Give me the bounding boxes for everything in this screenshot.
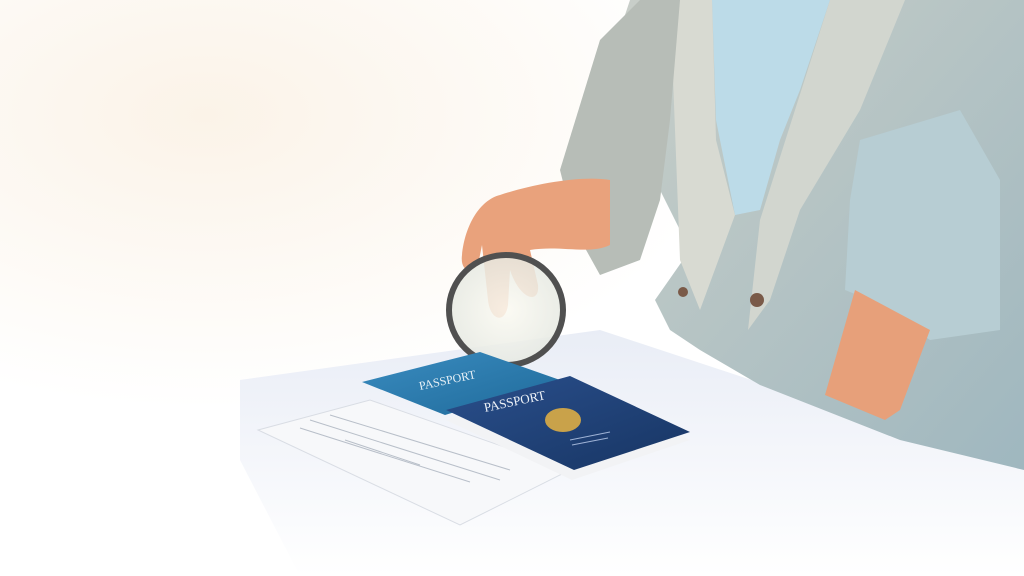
illustration-scene: PASSPORT PASSPORT bbox=[0, 0, 1024, 576]
passport-emblem bbox=[545, 408, 581, 432]
blazer-button bbox=[678, 287, 688, 297]
watercolor-illustration: PASSPORT PASSPORT bbox=[0, 0, 1024, 576]
blazer-button bbox=[750, 293, 764, 307]
